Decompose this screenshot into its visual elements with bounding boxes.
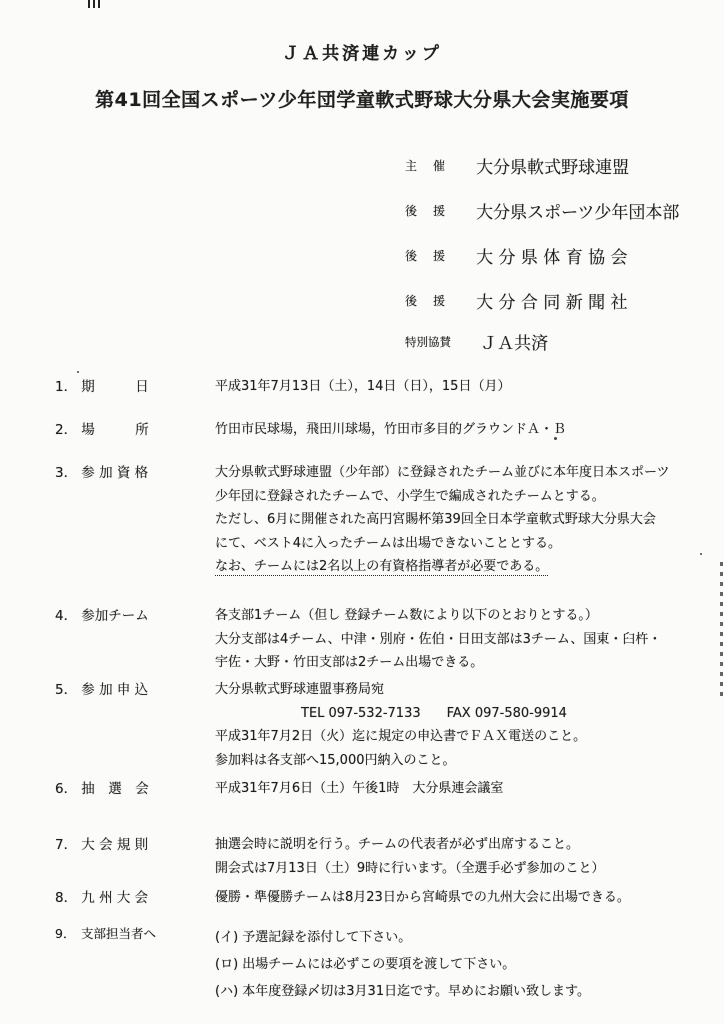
item-text: 大分県軟式野球連盟事務局宛 (215, 678, 693, 702)
sponsor-label: 特別協賛 (405, 334, 467, 350)
sponsor-label: 後 援 (405, 292, 463, 309)
item-kyushu-tournament: 8． 九 州 大 会 優勝・準優勝チームは8月23日から宮崎県での九州大会に出場… (55, 886, 695, 910)
item-number: 2． (55, 418, 77, 438)
item-label: 期 日 (81, 379, 149, 395)
item-branch-notes: 9． 支部担当者へ (イ) 予選記録を添付して下さい。 (ロ) 出場チームには必… (55, 924, 695, 1005)
item-text: 平成31年7月13日（土），14日（日），15日（月） (215, 375, 693, 399)
item-label: 参 加 申 込 (81, 682, 148, 698)
item-heading: 5． 参 加 申 込 (55, 678, 148, 698)
sponsor-row-tokubetsu-kyosan: 特別協賛 ＪＡ共済 (405, 329, 548, 354)
sponsor-label: 後 援 (405, 202, 463, 219)
item-text: 大分県軟式野球連盟（少年部）に登録されたチーム並びに本年度日本スポーツ (215, 461, 693, 485)
item-teams: 4． 参加チーム 各支部1チーム（但し 登録チーム数により以下のとおりとする。）… (55, 604, 695, 675)
item-heading: 6． 抽 選 会 (55, 777, 149, 797)
item-rules: 7． 大 会 規 則 抽選会時に説明を行う。チームの代表者が必ず出席すること。 … (55, 833, 695, 880)
item-number: 1． (55, 375, 77, 395)
item-place: 2． 場 所 竹田市民球場，飛田川球場，竹田市多目的グラウンドＡ・Ｂ (55, 418, 695, 442)
item-number: 9． (55, 924, 77, 942)
sponsor-name: 大分県軟式野球連盟 (476, 158, 629, 178)
item-text: 少年団に登録されたチームで、小学生で編成されたチームとする。 (215, 485, 693, 509)
sponsor-row-koen-3: 後 援 大 分 合 同 新 聞 社 (405, 288, 628, 313)
item-text: (ハ) 本年度登録〆切は3月31日迄です。早めにお願い致します。 (215, 978, 693, 1005)
item-text: にて、ベスト4に入ったチームは出場できないこととする。 (215, 532, 693, 556)
item-label: 支部担当者へ (81, 926, 156, 941)
sponsor-label: 後 援 (405, 247, 463, 264)
item-text: 参加料は各支部へ15,000円納入のこと。 (215, 749, 693, 773)
item-heading: 8． 九 州 大 会 (55, 886, 148, 906)
item-heading: 1． 期 日 (55, 375, 149, 395)
item-text: 宇佐・大野・竹田支部は2チーム出場できる。 (215, 651, 693, 675)
item-label: 九 州 大 会 (81, 890, 148, 906)
item-text: (ロ) 出場チームには必ずこの要項を渡して下さい。 (215, 951, 693, 978)
item-heading: 4． 参加チーム (55, 604, 149, 624)
item-label: 参加チーム (81, 608, 149, 624)
item-number: 3． (55, 461, 77, 481)
item-text: 抽選会時に説明を行う。チームの代表者が必ず出席すること。 (215, 833, 693, 857)
item-number: 8． (55, 886, 77, 906)
item-text-underlined: なお、チームには2名以上の有資格指導者が必要である。 (215, 555, 693, 579)
sponsor-row-koen-1: 後 援 大分県スポーツ少年団本部 (405, 198, 679, 223)
scan-speck (77, 371, 79, 373)
item-label: 抽 選 会 (81, 781, 149, 797)
item-number: 6． (55, 777, 77, 797)
item-number: 5． (55, 678, 77, 698)
item-label: 場 所 (81, 422, 149, 438)
item-label: 大 会 規 則 (81, 837, 148, 853)
sponsor-name: 大 分 合 同 新 聞 社 (476, 293, 627, 313)
item-text: (イ) 予選記録を添付して下さい。 (215, 924, 693, 951)
item-text: 各支部1チーム（但し 登録チーム数により以下のとおりとする。） (215, 604, 693, 628)
item-text: 平成31年7月2日（火）迄に規定の申込書でＦＡＸ電送のこと。 (215, 725, 693, 749)
scan-artifact-right-margin (720, 562, 723, 698)
document-subtitle: ＪＡ共済連カップ (0, 39, 724, 64)
item-text: 開会式は7月13日（土）9時に行います。（全選手必ず参加のこと） (215, 857, 693, 881)
item-text: ただし、6月に開催された高円宮賜杯第39回全日本学童軟式野球大分県大会 (215, 508, 693, 532)
sponsor-name: 大分県スポーツ少年団本部 (476, 203, 679, 223)
item-eligibility: 3． 参 加 資 格 大分県軟式野球連盟（少年部）に登録されたチーム並びに本年度… (55, 461, 695, 579)
item-heading: 7． 大 会 規 則 (55, 833, 148, 853)
sponsor-row-shusai: 主 催 大分県軟式野球連盟 (405, 153, 629, 178)
item-heading: 9． 支部担当者へ (55, 924, 156, 942)
item-text: 優勝・準優勝チームは8月23日から宮崎県での九州大会に出場できる。 (215, 886, 693, 910)
sponsor-row-koen-2: 後 援 大 分 県 体 育 協 会 (405, 243, 628, 268)
item-text: 大分支部は4チーム、中津・別府・佐伯・日田支部は3チーム、国東・臼杵・ (215, 628, 693, 652)
item-text: 竹田市民球場，飛田川球場，竹田市多目的グラウンドＡ・Ｂ (215, 418, 693, 442)
item-application: 5． 参 加 申 込 大分県軟式野球連盟事務局宛 TEL 097-532-713… (55, 678, 695, 772)
sponsor-name: ＪＡ共済 (480, 334, 548, 354)
item-label: 参 加 資 格 (81, 465, 148, 481)
scanned-document-page: ＪＡ共済連カップ 第41回全国スポーツ少年団学童軟式野球大分県大会実施要項 主 … (0, 0, 724, 1024)
item-number: 4． (55, 604, 77, 624)
sponsor-name: 大 分 県 体 育 協 会 (476, 248, 627, 268)
item-heading: 2． 場 所 (55, 418, 149, 438)
item-heading: 3． 参 加 資 格 (55, 461, 148, 481)
sponsor-label: 主 催 (405, 157, 463, 174)
contact-tel-fax: TEL 097-532-7133 FAX 097-580-9914 (215, 702, 693, 726)
document-title: 第41回全国スポーツ少年団学童軟式野球大分県大会実施要項 (0, 85, 724, 112)
item-number: 7． (55, 833, 77, 853)
item-text: 平成31年7月6日（土）午後1時 大分県連会議室 (215, 777, 693, 801)
scan-speck (700, 553, 702, 555)
scan-artifact-top-left (88, 0, 102, 8)
item-lottery: 6． 抽 選 会 平成31年7月6日（土）午後1時 大分県連会議室 (55, 777, 695, 801)
item-date: 1． 期 日 平成31年7月13日（土），14日（日），15日（月） (55, 375, 695, 399)
